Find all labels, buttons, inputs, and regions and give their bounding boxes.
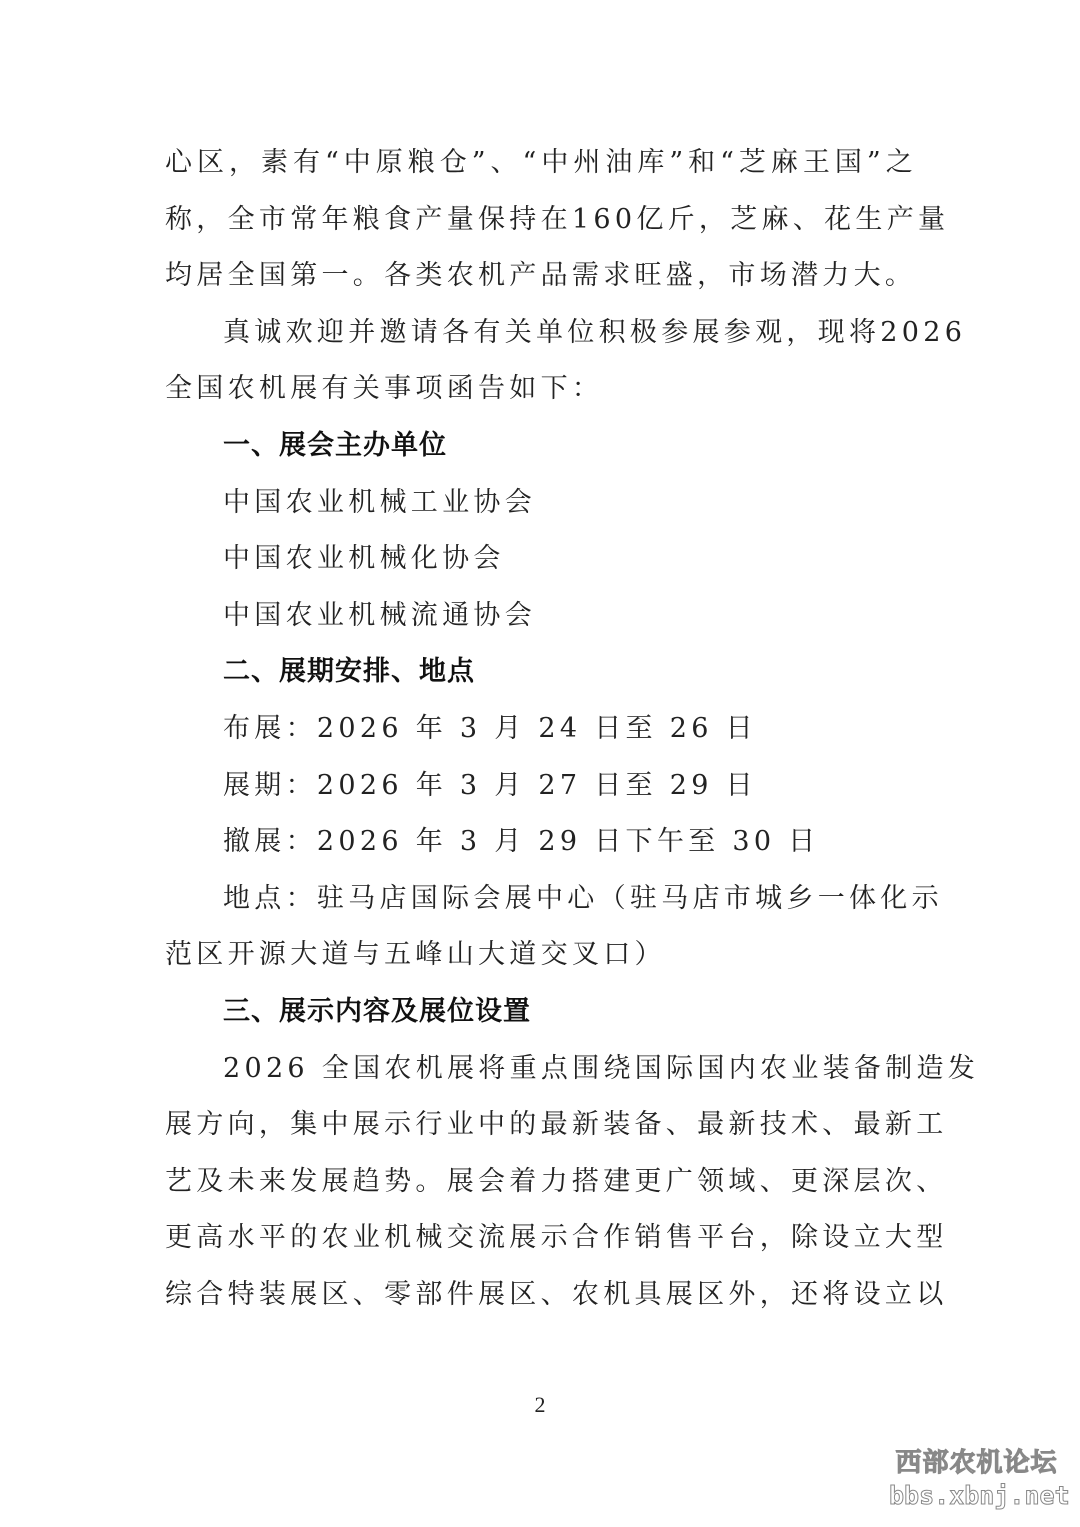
venue-line: 地点：驻马店国际会展中心（驻马店市城乡一体化示 (165, 871, 917, 928)
paragraph-line: 真诚欢迎并邀请各有关单位积极参展参观，现将2026 (165, 305, 917, 362)
watermark: 西部农机论坛 bbs.xbnj.net (889, 1447, 1064, 1513)
paragraph-line: 展方向，集中展示行业中的最新装备、最新技术、最新工 (165, 1097, 917, 1154)
watermark-url: bbs.xbnj.net (889, 1479, 1064, 1513)
section-heading-schedule: 二、展期安排、地点 (165, 644, 917, 701)
section-heading-organizers: 一、展会主办单位 (165, 418, 917, 475)
venue-line: 范区开源大道与五峰山大道交叉口） (165, 927, 917, 984)
document-page: 心区，素有“中原粮仓”、“中州油库”和“芝麻王国”之 称，全市常年粮食产量保持在… (0, 0, 1080, 1527)
paragraph-line: 全国农机展有关事项函告如下： (165, 361, 917, 418)
schedule-exhibition: 展期：2026 年 3 月 27 日至 29 日 (165, 758, 917, 815)
document-body: 心区，素有“中原粮仓”、“中州油库”和“芝麻王国”之 称，全市常年粮食产量保持在… (165, 135, 917, 1323)
schedule-setup: 布展：2026 年 3 月 24 日至 26 日 (165, 701, 917, 758)
watermark-site-name: 西部农机论坛 (889, 1447, 1064, 1479)
paragraph-line: 艺及未来发展趋势。展会着力搭建更广领域、更深层次、 (165, 1154, 917, 1211)
paragraph-line: 更高水平的农业机械交流展示合作销售平台，除设立大型 (165, 1210, 917, 1267)
paragraph-line: 称，全市常年粮食产量保持在160亿斤，芝麻、花生产量 (165, 192, 917, 249)
schedule-teardown: 撤展：2026 年 3 月 29 日下午至 30 日 (165, 814, 917, 871)
paragraph-line: 综合特装展区、零部件展区、农机具展区外，还将设立以 (165, 1267, 917, 1324)
page-number: 2 (0, 1392, 1080, 1418)
paragraph-line: 心区，素有“中原粮仓”、“中州油库”和“芝麻王国”之 (165, 135, 917, 192)
paragraph-line: 均居全国第一。各类农机产品需求旺盛，市场潜力大。 (165, 248, 917, 305)
organizer-item: 中国农业机械流通协会 (165, 588, 917, 645)
organizer-item: 中国农业机械工业协会 (165, 475, 917, 532)
paragraph-line: 2026 全国农机展将重点围绕国际国内农业装备制造发 (165, 1041, 917, 1098)
section-heading-content: 三、展示内容及展位设置 (165, 984, 917, 1041)
organizer-item: 中国农业机械化协会 (165, 531, 917, 588)
